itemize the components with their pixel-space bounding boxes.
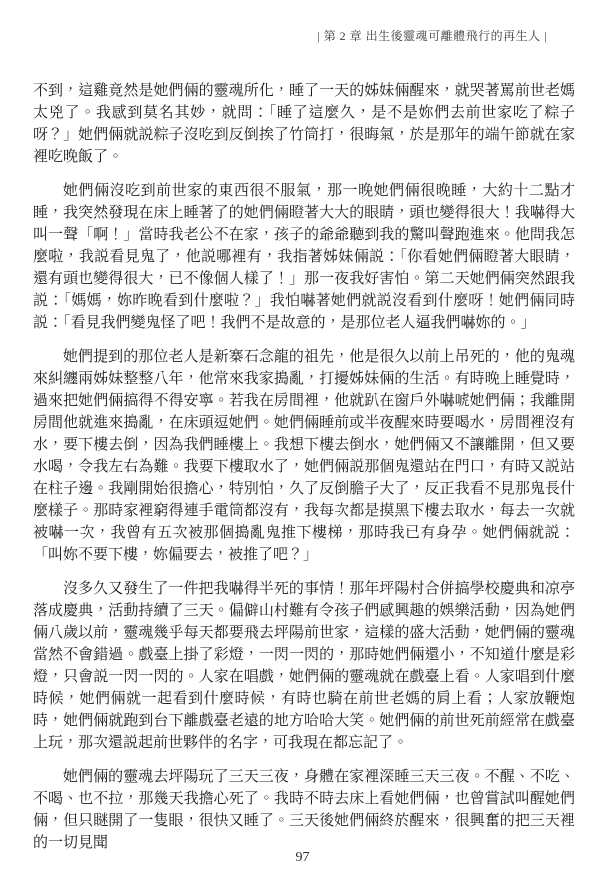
paragraph: 她們提到的那位老人是新寨石念龍的祖先，他是很久以前上吊死的，他的鬼魂來糾纏兩姊妹…	[33, 346, 575, 566]
book-page: | 第 2 章 出生後靈魂可離體飛行的再生人 | 不到，這雞竟然是她們倆的靈魂所…	[0, 0, 605, 896]
paragraph: 沒多久又發生了一件把我嚇得半死的事情！那年坪陽村合併搞學校慶典和凉亭落成慶典，活…	[33, 578, 575, 754]
paragraph: 她們倆沒吃到前世家的東西很不服氣，那一晚她們倆很晚睡，大約十二點才睡，我突然發現…	[33, 180, 575, 334]
paragraph: 不到，這雞竟然是她們倆的靈魂所化，睡了一天的姊妹倆醒來，就哭著罵前世老媽太兇了。…	[33, 80, 575, 168]
running-header-chapter-title: | 第 2 章 出生後靈魂可離體飛行的再生人 |	[317, 27, 547, 44]
body-text: 不到，這雞竟然是她們倆的靈魂所化，睡了一天的姊妹倆醒來，就哭著罵前世老媽太兇了。…	[33, 80, 575, 866]
paragraph: 她們倆的靈魂去坪陽玩了三天三夜，身體在家裡深睡三天三夜。不醒、不吃、不喝、也不拉…	[33, 766, 575, 854]
page-number: 97	[0, 850, 605, 866]
